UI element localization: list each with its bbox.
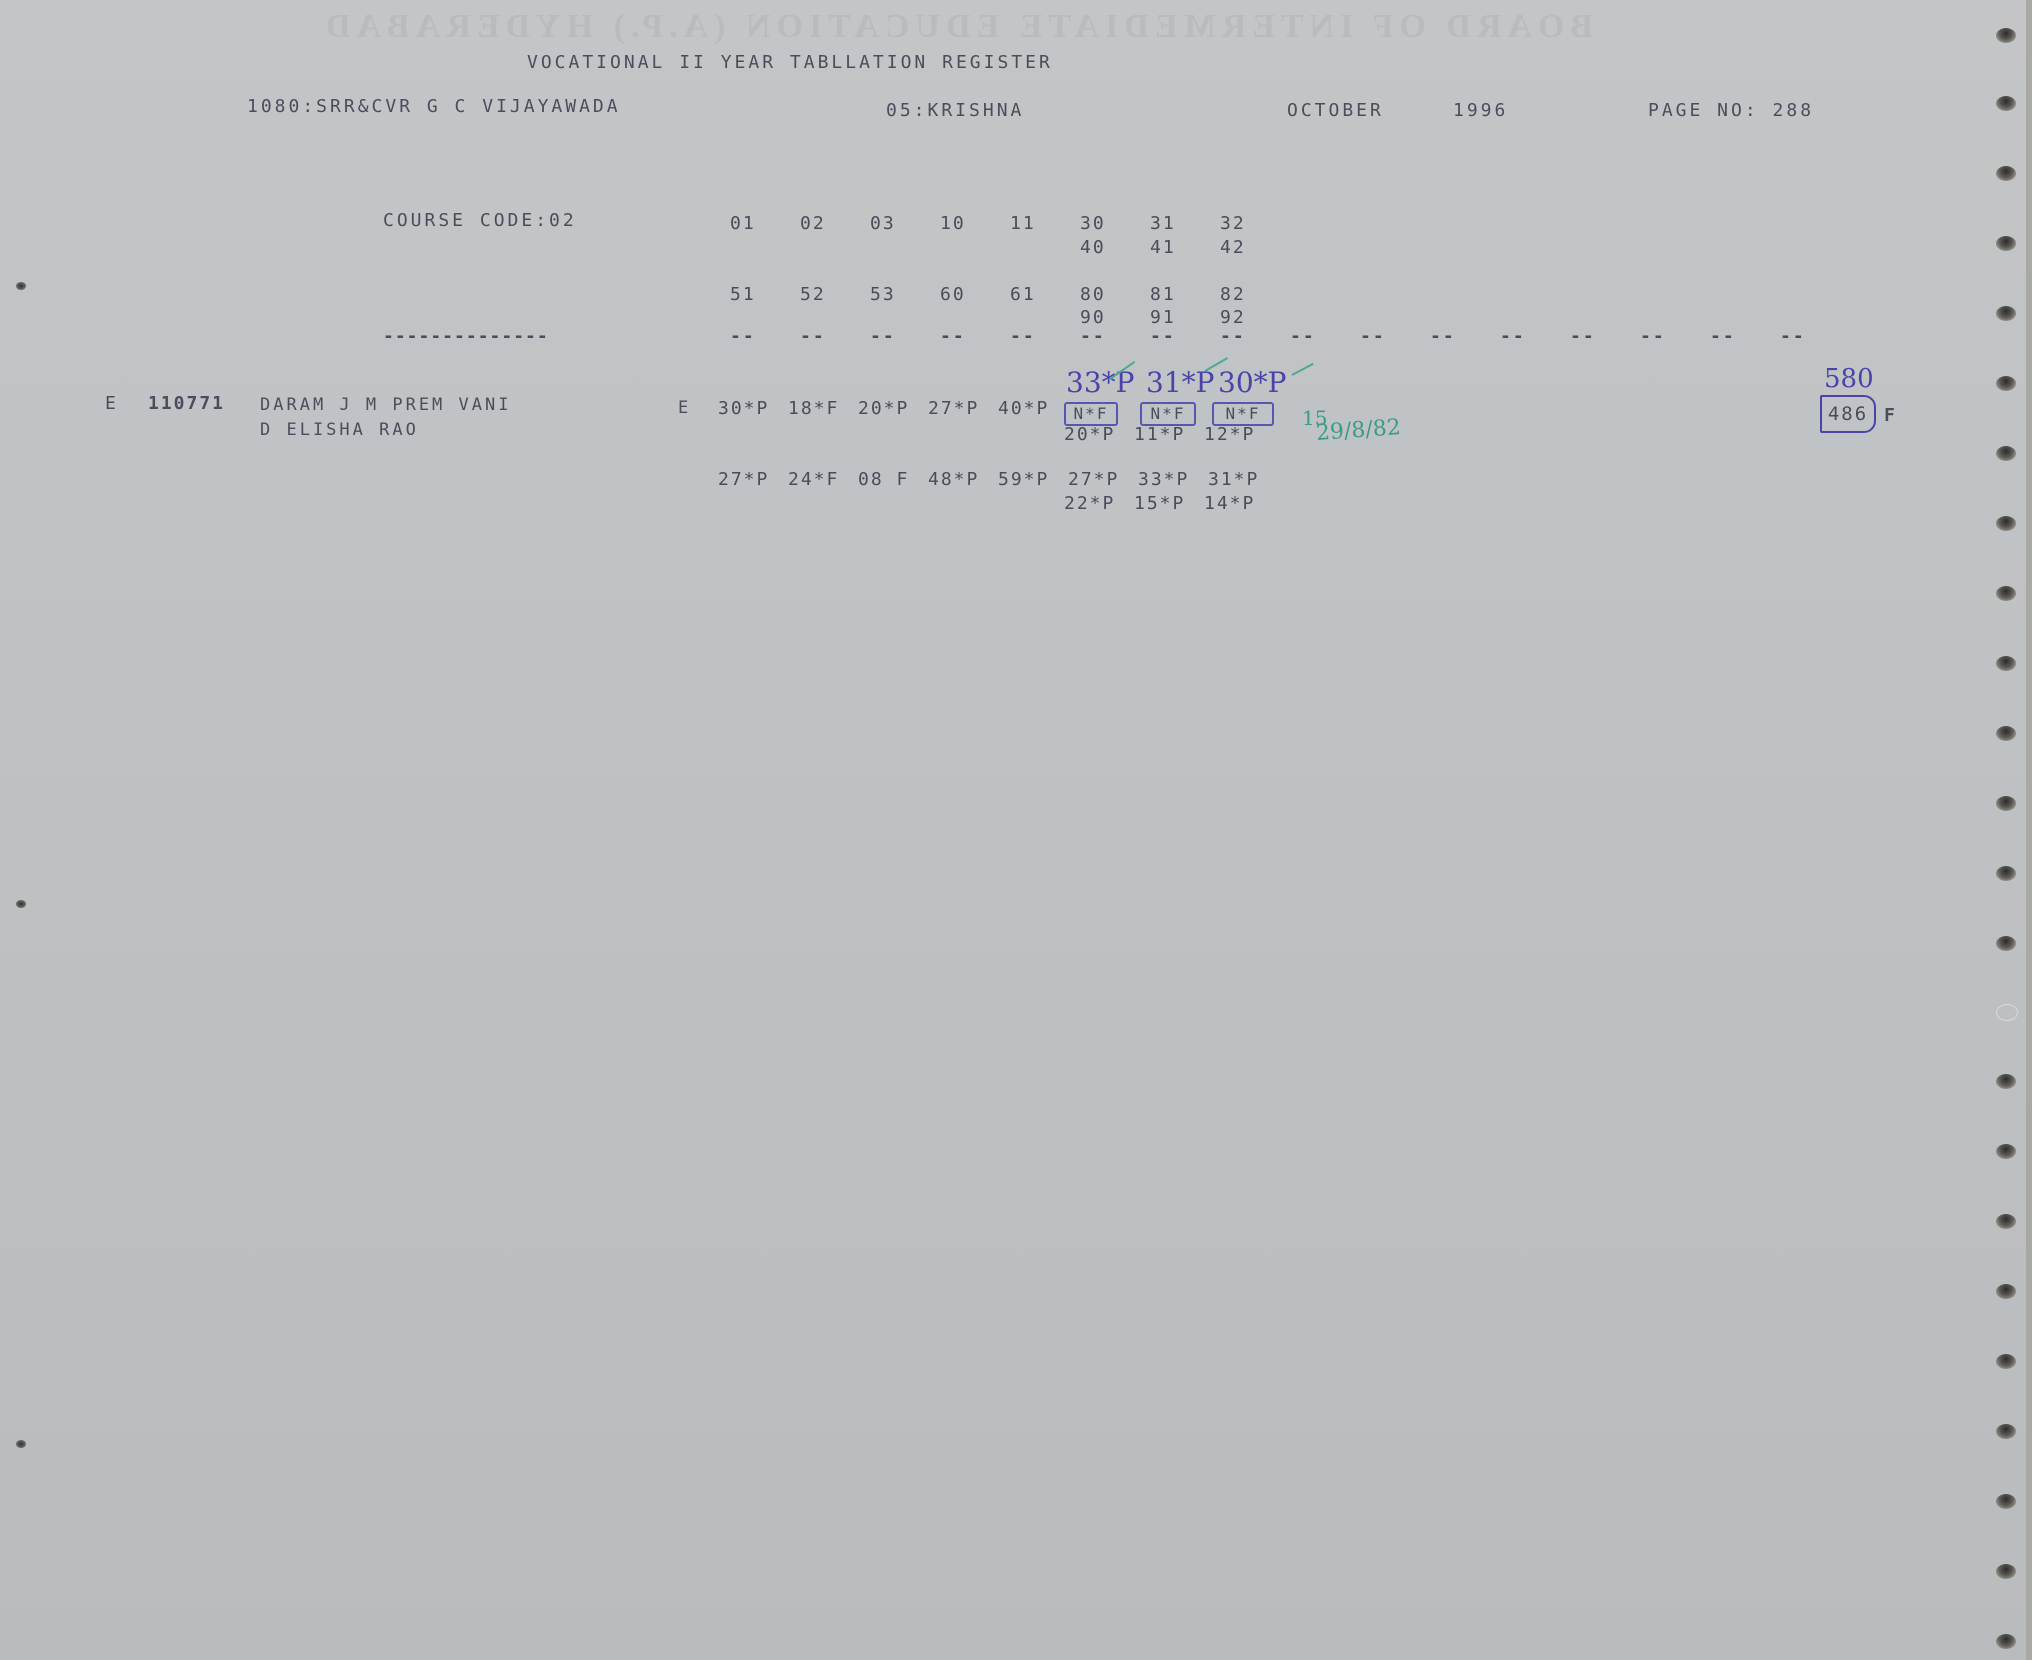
subject-code: 02 bbox=[800, 213, 870, 234]
result-status: F bbox=[1884, 405, 1898, 426]
course-code-label: COURSE CODE:02 bbox=[383, 210, 577, 231]
mark-cell: 15*P bbox=[1134, 493, 1204, 514]
student-name: DARAM J M PREM VANI bbox=[260, 395, 511, 415]
mark-cell: 12*P bbox=[1204, 424, 1274, 445]
subject-code: 31 bbox=[1150, 213, 1220, 234]
subject-code: 40 bbox=[1080, 237, 1150, 258]
separator-dash: -- bbox=[1780, 326, 1850, 347]
subject-codes-row-2: 51 52 53 60 61 80 81 82 bbox=[730, 284, 1290, 305]
mark-cell: 20*P bbox=[858, 398, 928, 419]
subject-codes-row-1: 01 02 03 10 11 30 31 32 bbox=[730, 213, 1290, 234]
separator-dash: -- bbox=[1710, 326, 1780, 347]
mark-cell: 27*P bbox=[928, 398, 998, 419]
feed-hole bbox=[1996, 1424, 2016, 1439]
mark-cell: 22*P bbox=[1064, 493, 1134, 514]
binding-hole bbox=[16, 1440, 26, 1448]
feed-hole bbox=[1996, 1144, 2016, 1159]
marks-row-2: 27*P 24*F 08 F 48*P 59*P 27*P 33*P 31*P bbox=[718, 469, 1278, 490]
page-number: PAGE NO: 288 bbox=[1648, 100, 1814, 121]
subject-code: 61 bbox=[1010, 284, 1080, 305]
mark-cell: 31*P bbox=[1208, 469, 1278, 490]
subject-code: 03 bbox=[870, 213, 940, 234]
separator-dash: -- bbox=[1570, 326, 1640, 347]
separator-dash: -- bbox=[1010, 326, 1080, 347]
subject-code: 41 bbox=[1150, 237, 1220, 258]
separator-dash: -- bbox=[870, 326, 940, 347]
binding-hole bbox=[16, 282, 26, 290]
separator-dash: -- bbox=[1080, 326, 1150, 347]
boxed-mark: N*F bbox=[1064, 402, 1118, 426]
mark-cell: 24*F bbox=[788, 469, 858, 490]
mark-cell: 40*P bbox=[998, 398, 1068, 419]
subject-code: 11 bbox=[1010, 213, 1080, 234]
handwritten-total: 580 bbox=[1824, 364, 1874, 394]
mark-cell: 27*P bbox=[718, 469, 788, 490]
marks-row-1-sub: 20*P 11*P 12*P bbox=[1064, 424, 1274, 445]
separator-dash: -- bbox=[1500, 326, 1570, 347]
marks-row-2-sub: 22*P 15*P 14*P bbox=[1064, 493, 1274, 514]
college-code: 1080:SRR&CVR G C VIJAYAWADA bbox=[247, 96, 621, 117]
mark-cell: 59*P bbox=[998, 469, 1068, 490]
mark-cell: 18*F bbox=[788, 398, 858, 419]
feed-hole bbox=[1996, 28, 2016, 43]
feed-hole bbox=[1996, 166, 2016, 181]
feed-hole bbox=[1996, 236, 2016, 251]
feed-hole bbox=[1996, 726, 2016, 741]
separator-dash: -- bbox=[1430, 326, 1500, 347]
feed-hole bbox=[1996, 796, 2016, 811]
subject-code: 52 bbox=[800, 284, 870, 305]
student-category: E bbox=[105, 393, 119, 414]
mark-cell: 30*P bbox=[718, 398, 788, 419]
handwritten-date: 29/8/82 bbox=[1315, 415, 1401, 446]
feed-hole bbox=[1996, 1214, 2016, 1229]
feed-hole bbox=[1996, 96, 2016, 111]
handwritten-correction: 33*P bbox=[1066, 366, 1134, 399]
separator-dash: -- bbox=[800, 326, 870, 347]
separator-dash: -- bbox=[1360, 326, 1430, 347]
subject-code: 81 bbox=[1150, 284, 1220, 305]
separator-dash: -- bbox=[1640, 326, 1710, 347]
subject-code: 01 bbox=[730, 213, 800, 234]
feed-hole bbox=[1996, 516, 2016, 531]
exam-month: OCTOBER bbox=[1287, 100, 1384, 121]
feed-hole bbox=[1996, 866, 2016, 881]
mark-cell: 14*P bbox=[1204, 493, 1274, 514]
subject-code: 92 bbox=[1220, 307, 1290, 328]
separator-dashes-left: -------------- bbox=[383, 326, 549, 347]
subject-code: 51 bbox=[730, 284, 800, 305]
feed-hole bbox=[1996, 1494, 2016, 1509]
separator-dash: -- bbox=[1150, 326, 1220, 347]
feed-hole bbox=[1996, 586, 2016, 601]
page-edge bbox=[2026, 0, 2032, 1660]
mark-cell: 11*P bbox=[1134, 424, 1204, 445]
mark-cell: 48*P bbox=[928, 469, 998, 490]
subject-codes-row-1-sub: 40 41 42 bbox=[1080, 237, 1290, 258]
subject-code: 82 bbox=[1220, 284, 1290, 305]
subject-code: 32 bbox=[1220, 213, 1290, 234]
subject-code: 91 bbox=[1150, 307, 1220, 328]
feed-hole bbox=[1996, 1004, 2018, 1021]
handwritten-correction: 30*P bbox=[1218, 366, 1286, 399]
separator-dash: -- bbox=[1220, 326, 1290, 347]
boxed-mark: N*F bbox=[1212, 402, 1274, 426]
feed-hole bbox=[1996, 936, 2016, 951]
registration-number: 110771 bbox=[148, 393, 225, 414]
mark-cell: 08 F bbox=[858, 469, 928, 490]
exam-year: 1996 bbox=[1453, 100, 1508, 121]
binding-hole bbox=[16, 900, 26, 908]
father-name: D ELISHA RAO bbox=[260, 420, 419, 440]
mark-cell: 27*P bbox=[1068, 469, 1138, 490]
feed-hole bbox=[1996, 1354, 2016, 1369]
feed-hole bbox=[1996, 1074, 2016, 1089]
feed-hole bbox=[1996, 656, 2016, 671]
mark-cell: 20*P bbox=[1064, 424, 1134, 445]
subject-code: 90 bbox=[1080, 307, 1150, 328]
medium-code: E bbox=[678, 398, 691, 418]
feed-hole bbox=[1996, 1564, 2016, 1579]
register-title: VOCATIONAL II YEAR TABLLATION REGISTER bbox=[527, 52, 1053, 73]
mark-cell: 33*P bbox=[1138, 469, 1208, 490]
subject-code: 53 bbox=[870, 284, 940, 305]
printed-total: 486 bbox=[1820, 395, 1876, 433]
feed-hole bbox=[1996, 306, 2016, 321]
subject-code: 80 bbox=[1080, 284, 1150, 305]
separator-dash: -- bbox=[1290, 326, 1360, 347]
subject-code: 30 bbox=[1080, 213, 1150, 234]
subject-code: 10 bbox=[940, 213, 1010, 234]
tabulation-register-page: BOARD OF INTERMEDIATE EDUCATION (A.P.) H… bbox=[0, 0, 2032, 1660]
subject-codes-row-2-sub: 90 91 92 bbox=[1080, 307, 1290, 328]
feed-hole bbox=[1996, 1634, 2016, 1649]
separator-dashes-row: -- -- -- -- -- -- -- -- -- -- -- -- -- -… bbox=[730, 326, 1850, 347]
separator-dash: -- bbox=[940, 326, 1010, 347]
feed-hole bbox=[1996, 1284, 2016, 1299]
district-code: 05:KRISHNA bbox=[886, 100, 1024, 121]
subject-code: 42 bbox=[1220, 237, 1290, 258]
boxed-mark: N*F bbox=[1140, 402, 1196, 426]
green-tick-mark bbox=[1292, 363, 1314, 376]
marks-row-1: 30*P 18*F 20*P 27*P 40*P bbox=[718, 398, 1068, 419]
bleed-through-watermark: BOARD OF INTERMEDIATE EDUCATION (A.P.) H… bbox=[320, 8, 1593, 46]
separator-dash: -- bbox=[730, 326, 800, 347]
feed-hole bbox=[1996, 376, 2016, 391]
feed-hole bbox=[1996, 446, 2016, 461]
subject-code: 60 bbox=[940, 284, 1010, 305]
